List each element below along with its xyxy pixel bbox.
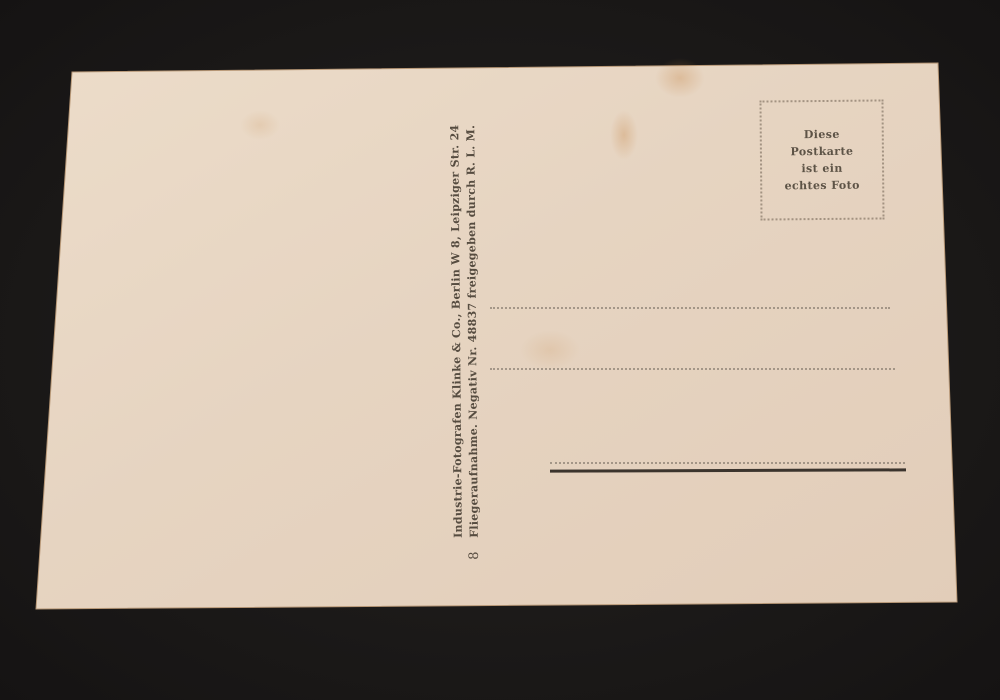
address-line [550, 462, 905, 464]
stamp-text-line: echtes Foto [785, 177, 860, 195]
stamp-text-line: Diese [804, 126, 840, 143]
stamp-text-line: Postkarte [790, 143, 853, 161]
stain [520, 330, 580, 370]
publisher-imprint: Industrie-Fotografen Klinke & Co., Berli… [446, 124, 482, 560]
imprint-line-2: Fliegeraufnahme. Negativ Nr. 48837 freig… [464, 125, 481, 538]
card-number: 8 [466, 538, 481, 560]
stain [655, 58, 705, 98]
postcard: Diese Postkarte ist ein echtes Foto Indu… [0, 0, 1000, 700]
stain [610, 110, 638, 160]
stamp-box: Diese Postkarte ist ein echtes Foto [759, 99, 884, 220]
stamp-text-line: ist ein [801, 160, 842, 177]
address-line [490, 307, 890, 309]
stain [240, 110, 280, 140]
address-line [490, 368, 895, 370]
